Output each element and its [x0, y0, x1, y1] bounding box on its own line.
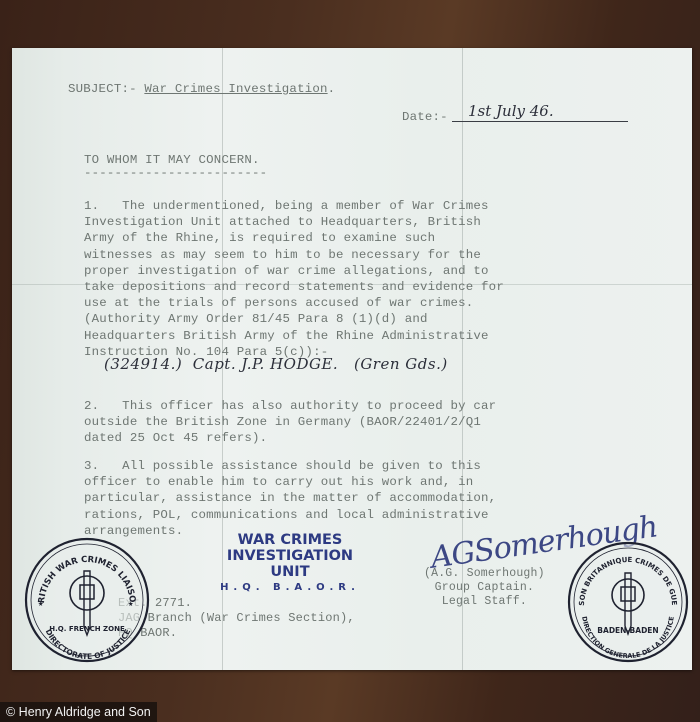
paragraph-1: 1. The undermentioned, being a member of… [84, 198, 504, 360]
seal-left: BRITISH WAR CRIMES LIAISON DIRECTORATE O… [22, 535, 152, 665]
addressee-rule: ------------------------ [84, 166, 267, 180]
paragraph-3: 3. All possible assistance should be giv… [84, 458, 496, 539]
unit-stamp-line: INVESTIGATION [190, 548, 390, 564]
date-handwritten: 1st July 46. [452, 102, 628, 122]
unit-stamp-line: H.Q. B.A.O.R. [190, 582, 390, 593]
officer-handwritten: (324914.) Capt. J.P. HODGE. (Gren Gds.) [104, 355, 448, 373]
addressee: TO WHOM IT MAY CONCERN. [84, 153, 260, 167]
seal-right: LIAISON BRITANNIQUE CRIMES DE GUERRE DIR… [566, 540, 690, 664]
unit-stamp: WAR CRIMES INVESTIGATION UNIT H.Q. B.A.O… [190, 532, 390, 593]
date-label: Date:- [402, 110, 448, 124]
subject-end: . [328, 82, 336, 96]
seal-left-middle-text: H.Q. FRENCH ZONE [49, 625, 125, 633]
photo-credit: © Henry Aldridge and Son [0, 702, 157, 722]
star-icon: ★ [128, 599, 134, 609]
reference-block: Ext. 2771. JAG Branch (War Crimes Sectio… [118, 596, 355, 641]
star-icon: ★ [38, 599, 44, 609]
signatory-block: (A.G. Somerhough) Group Captain. Legal S… [424, 567, 545, 609]
subject-line: SUBJECT:- War Crimes Investigation. [68, 82, 335, 96]
subject-value: War Crimes Investigation [144, 82, 327, 96]
unit-stamp-line: WAR CRIMES [190, 532, 390, 548]
unit-stamp-line: UNIT [190, 564, 390, 580]
subject-label: SUBJECT:- [68, 82, 144, 96]
paragraph-2: 2. This officer has also authority to pr… [84, 398, 496, 447]
